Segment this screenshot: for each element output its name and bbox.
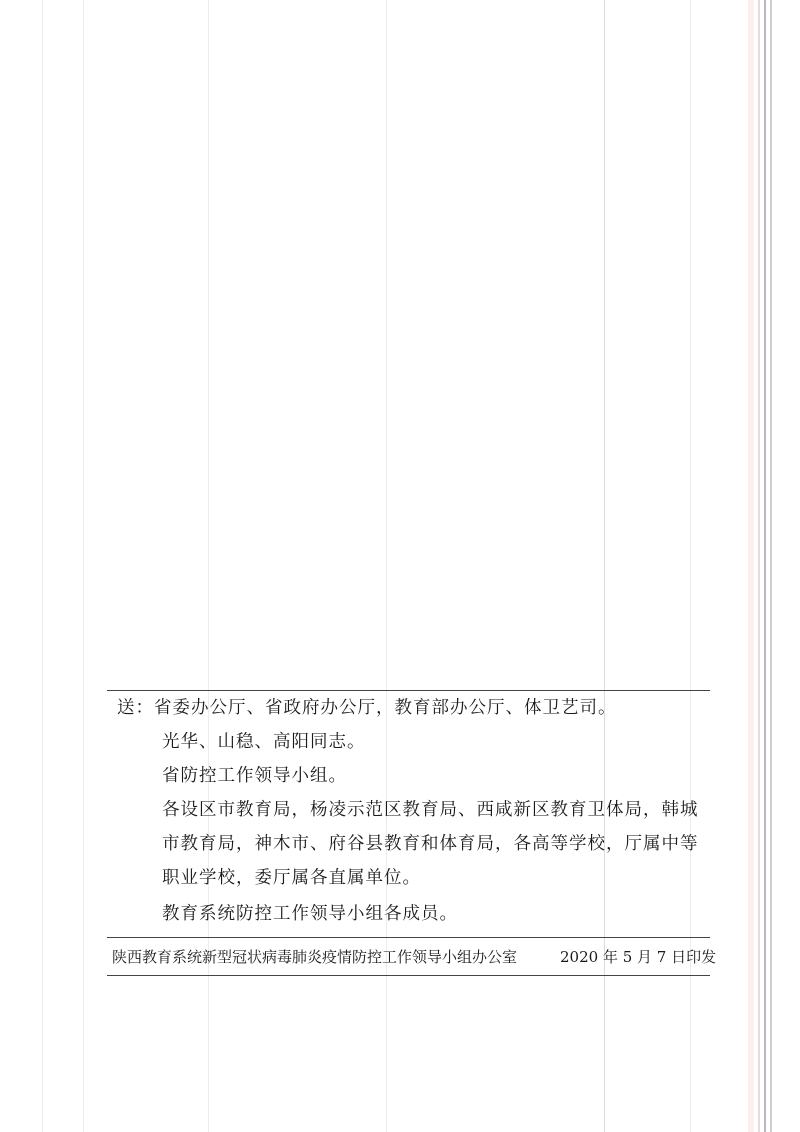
scan-artifact: [83, 0, 84, 1132]
scan-artifact: [42, 0, 43, 1132]
divider-middle: [107, 937, 710, 938]
distribution-line: 省防控工作领导小组。: [162, 762, 347, 787]
issue-date: 2020 年 5 月 7 日印发: [560, 946, 716, 967]
distribution-line: 市教育局，神木市、府谷县教育和体育局，各高等学校，厅属中等: [162, 830, 699, 855]
distribution-line: 送：省委办公厅、省政府办公厅，教育部办公厅、体卫艺司。: [117, 694, 617, 719]
divider-bottom: [107, 975, 710, 976]
distribution-line: 教育系统防控工作领导小组各成员。: [162, 900, 458, 925]
distribution-line: 职业学校，委厅属各直属单位。: [162, 864, 421, 889]
distribution-line: 各设区市教育局，杨凌示范区教育局、西咸新区教育卫体局，韩城: [162, 796, 699, 821]
issuing-office: 陕西教育系统新型冠状病毒肺炎疫情防控工作领导小组办公室: [112, 946, 517, 967]
page-edge: [748, 0, 800, 1132]
distribution-label: 送：: [117, 698, 154, 718]
divider-top: [107, 690, 710, 691]
distribution-line: 光华、山稳、高阳同志。: [162, 728, 366, 753]
